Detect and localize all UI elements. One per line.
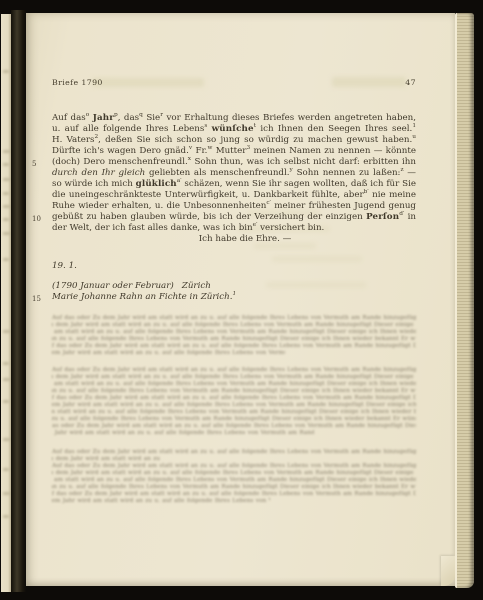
blurred-footnote-area: Auf das oder Zu dem Jahr wird am statt w… xyxy=(52,315,416,505)
text-segment: , das xyxy=(118,113,139,123)
blurred-text-line: Auf das oder Zu dem Jahr wird am statt w… xyxy=(52,463,416,470)
blurred-text-line: Auf das oder Zu dem Jahr wird am statt w… xyxy=(52,343,416,350)
blurred-text-line: Auf das oder Zu dem Jahr wird am statt w… xyxy=(52,315,416,322)
text-segment: die uneingeschränkteste Unterwürfigkeit,… xyxy=(52,190,364,200)
apparatus-mark: 1 xyxy=(412,123,416,129)
text-segment: in xyxy=(404,212,416,222)
text-segment: Sohn nennen zu laßen: xyxy=(293,168,401,178)
text-line: so würde ich mich glüklicha′ schäzen, we… xyxy=(52,179,416,190)
text-segment: wünſche xyxy=(212,124,254,134)
letter-number: 19. 1. xyxy=(52,261,416,272)
apparatus-mark: v xyxy=(189,145,192,151)
text-line: u. auf alle folgende Ihres Lebenss wünſc… xyxy=(52,124,416,135)
text-segment: Perſon xyxy=(366,212,399,222)
blurred-text-line: Auf das oder Zu dem Jahr wird am statt w… xyxy=(52,409,416,416)
blurred-text-line: Auf das oder Zu dem Jahr wird am statt w… xyxy=(52,430,314,437)
apparatus-mark: s xyxy=(204,123,207,129)
margin-line-number: 10 xyxy=(32,214,47,225)
text-segment: u. auf alle folgende Ihres Lebens xyxy=(52,124,204,134)
margin-line-number: 15 xyxy=(32,294,47,305)
running-title: Briefe 1790 xyxy=(52,78,103,88)
text-segment: (doch) Dero menschenfreundl. xyxy=(52,157,188,167)
text-line: die uneingeschränkteste Unterwürfigkeit,… xyxy=(52,190,416,201)
text-segment: Dürfte ich's wagen Dero gnäd. xyxy=(52,146,189,156)
apparatus-mark: b′ xyxy=(364,189,369,195)
page-fore-edge xyxy=(455,13,474,588)
apparatus-mark: e′ xyxy=(253,222,258,228)
text-segment: Fr. xyxy=(192,146,207,156)
text-segment: 19. 1. xyxy=(52,261,77,271)
page-corner-curl xyxy=(441,556,455,586)
margin-line-number: 5 xyxy=(32,159,47,170)
text-segment: Ruhe wieder erhalten, u. die Unbesonnenh… xyxy=(52,201,266,211)
text-line: Ruhe wieder erhalten, u. die Unbesonnenh… xyxy=(52,201,416,212)
page-number: 47 xyxy=(405,78,416,88)
blurred-text-line: Auf das oder Zu dem Jahr wird am statt w… xyxy=(52,491,416,498)
text-segment: gebüßt zu haben glauben würde, bis ich d… xyxy=(52,212,366,222)
apparatus-mark: 1 xyxy=(232,291,236,297)
blurred-text-line: Auf das oder Zu dem Jahr wird am statt w… xyxy=(52,329,416,336)
blurred-text-line: Auf das oder Zu dem Jahr wird am statt w… xyxy=(52,350,285,357)
text-line: der Welt, der ich fast alles danke, was … xyxy=(52,223,416,234)
apparatus-mark: d′ xyxy=(399,211,404,217)
text-segment: Sie xyxy=(143,113,160,123)
apparatus-mark: 3 xyxy=(246,145,250,151)
text-line: H. Vaters2, deßen Sie sich schon so jung… xyxy=(52,135,416,146)
text-segment: H. Vaters xyxy=(52,135,94,145)
apparatus-mark: t xyxy=(254,123,256,129)
letter-19-heading: 19. 1.(1790 Januar oder Februar)Zürich15… xyxy=(52,261,416,303)
text-segment: — xyxy=(404,168,416,178)
running-head: Briefe 1790 47 xyxy=(52,78,416,88)
blurred-text-line: Auf das oder Zu dem Jahr wird am statt w… xyxy=(52,336,416,343)
text-segment: Sohn thun, was ich selbst nicht darf: er… xyxy=(191,157,416,167)
text-segment: der Welt, der ich fast alles danke, was … xyxy=(52,223,253,233)
text-segment: geliebten als menschenfreundl. xyxy=(145,168,289,178)
blurred-footnote-block: Auf das oder Zu dem Jahr wird am statt w… xyxy=(52,449,416,463)
apparatus-mark: z xyxy=(400,167,403,173)
blurred-text-line: Auf das oder Zu dem Jahr wird am statt w… xyxy=(52,423,416,430)
blurred-text-line: Auf das oder Zu dem Jahr wird am statt w… xyxy=(52,498,270,505)
blurred-text-line: Auf das oder Zu dem Jahr wird am statt w… xyxy=(52,477,416,484)
text-segment: nie meine xyxy=(369,190,416,200)
text-segment: Marie Johanne Rahn an Fichte in Zürich. xyxy=(52,292,232,302)
text-line: Auf daso Jahrp, dasq Sier vor Erhaltung … xyxy=(52,113,416,124)
blurred-text-line: Auf das oder Zu dem Jahr wird am statt w… xyxy=(52,484,416,491)
book-page: Briefe 1790 47 Auf daso Jahrp, dasq Sier… xyxy=(26,13,455,586)
apparatus-mark: y xyxy=(290,167,293,173)
text-segment: Zürich xyxy=(182,281,211,291)
blurred-text-line: Auf das oder Zu dem Jahr wird am statt w… xyxy=(52,470,416,477)
apparatus-mark: o xyxy=(86,112,90,118)
apparatus-mark: c′ xyxy=(266,200,271,206)
blurred-text-line: Auf das oder Zu dem Jahr wird am statt w… xyxy=(52,388,416,395)
apparatus-mark: p xyxy=(114,112,118,118)
text-segment: versichert bin. xyxy=(257,223,324,233)
text-segment: vor Erhaltung dieses Briefes werden ange… xyxy=(163,113,416,123)
text-segment: ich Ihnen den Seegen Ihres seel. xyxy=(256,124,412,134)
blurred-text-line: Auf das oder Zu dem Jahr wird am statt w… xyxy=(52,395,416,402)
text-line: durch den Ihr gleich geliebten als mensc… xyxy=(52,168,416,179)
text-segment: Jahr xyxy=(93,113,114,123)
blurred-footnote-block: Auf das oder Zu dem Jahr wird am statt w… xyxy=(52,463,416,505)
apparatus-mark: u xyxy=(412,134,416,140)
apparatus-mark: r xyxy=(160,112,163,118)
text-segment: schäzen, wenn Sie ihr sagen wollten, daß… xyxy=(182,179,416,189)
text-segment: so würde ich mich xyxy=(52,179,136,189)
book-gutter xyxy=(11,10,26,592)
apparatus-mark: w xyxy=(207,145,212,151)
text-segment: meiner frühesten Jugend genug xyxy=(271,201,416,211)
text-segment: Ich habe die Ehre. — xyxy=(199,234,292,244)
blurred-text-line: Auf das oder Zu dem Jahr wird am statt w… xyxy=(52,322,416,329)
blurred-text-line: Auf das oder Zu dem Jahr wird am statt w… xyxy=(52,456,161,463)
blurred-text-line: Auf das oder Zu dem Jahr wird am statt w… xyxy=(52,374,416,381)
opposite-page-edge xyxy=(1,14,11,592)
text-segment: (1790 Januar oder Februar) xyxy=(52,281,174,291)
text-segment: Mutter xyxy=(212,146,246,156)
blurred-text-line: Auf das oder Zu dem Jahr wird am statt w… xyxy=(52,449,416,456)
apparatus-mark: a′ xyxy=(177,178,182,184)
text-segment: Auf das xyxy=(52,113,86,123)
closing-line: Ich habe die Ehre. — xyxy=(52,234,416,245)
apparatus-mark: x xyxy=(188,156,191,162)
blurred-text-line: Auf das oder Zu dem Jahr wird am statt w… xyxy=(52,367,416,374)
text-line: 10gebüßt zu haben glauben würde, bis ich… xyxy=(52,212,416,223)
text-segment: durch den Ihr gleich xyxy=(52,168,145,178)
text-segment: , deßen Sie sich schon so jung so würdig… xyxy=(98,135,412,145)
text-line: Dürfte ich's wagen Dero gnäd.v Fr.w Mutt… xyxy=(52,146,416,157)
blurred-text-line: Auf das oder Zu dem Jahr wird am statt w… xyxy=(52,381,416,388)
letter-body-text: Auf daso Jahrp, dasq Sier vor Erhaltung … xyxy=(52,113,416,245)
blurred-footnote-block: Auf das oder Zu dem Jahr wird am statt w… xyxy=(52,315,416,357)
blurred-text-line: Auf das oder Zu dem Jahr wird am statt w… xyxy=(52,416,416,423)
text-line: 5(doch) Dero menschenfreundl.x Sohn thun… xyxy=(52,157,416,168)
apparatus-mark: q xyxy=(139,112,143,118)
letter-sender: 15Marie Johanne Rahn an Fichte in Zürich… xyxy=(52,292,416,303)
apparatus-mark: 2 xyxy=(94,134,98,140)
blurred-footnote-block: Auf das oder Zu dem Jahr wird am statt w… xyxy=(52,367,416,437)
book-photo: Briefe 1790 47 Auf daso Jahrp, dasq Sier… xyxy=(0,0,483,600)
text-segment: meinen Namen zu nennen — könnte xyxy=(250,146,416,156)
text-segment: glüklich xyxy=(136,179,177,189)
blurred-text-line: Auf das oder Zu dem Jahr wird am statt w… xyxy=(52,402,416,409)
